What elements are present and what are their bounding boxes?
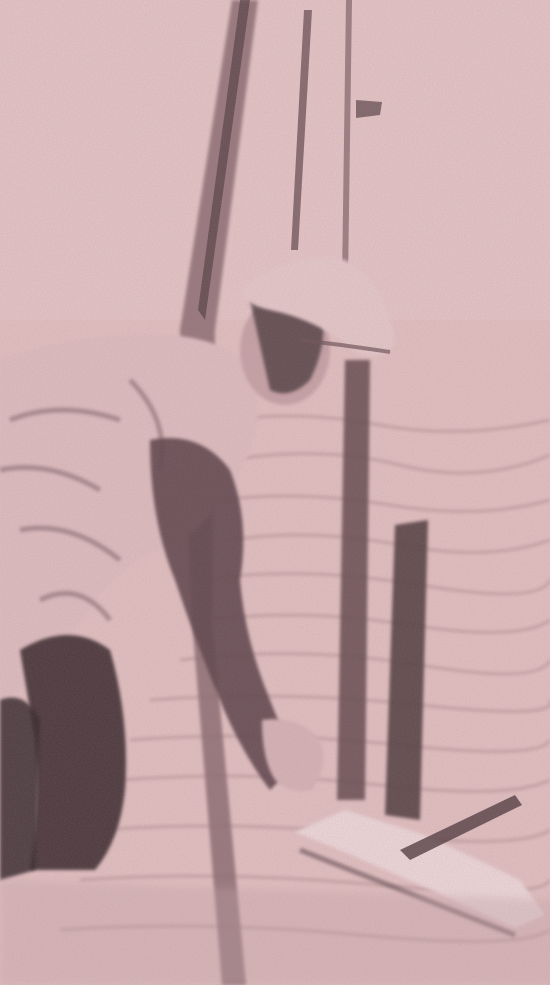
photo: [0, 0, 550, 985]
